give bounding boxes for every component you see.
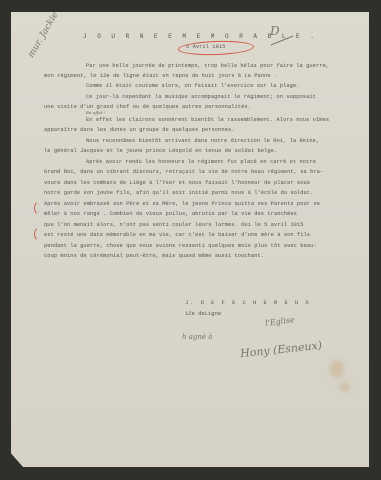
paragraph-line: que l'on menait alors, n'ont pas senti c… <box>44 222 304 228</box>
red-margin-mark <box>34 226 50 242</box>
red-margin-mark <box>34 200 50 216</box>
paragraph-line: Après avoir embrassé son Père et sa Mère… <box>44 201 320 207</box>
paragraph-line: le général Jacques et le jeune prince Lé… <box>44 148 277 154</box>
paragraph-line: mêler à nos rangs . Combien de vieux poi… <box>44 211 297 217</box>
paragraph-line: En effet les clairons sonnèrent bientôt … <box>86 117 329 123</box>
paragraph-line: Ce jour-là cependant la musique accompag… <box>86 94 316 100</box>
document-title: J O U R N E E M E M O R A B L E . <box>83 33 317 40</box>
handwritten-note-line2: h agné à <box>182 333 212 341</box>
paragraph-line: Par une belle journée de printemps, trop… <box>86 63 329 69</box>
document-page <box>11 12 369 467</box>
paragraph-line: mon régiment, le 12e de ligne était en r… <box>44 73 277 79</box>
paragraph-line: Nous reconnûmes bientôt arrivant dans no… <box>86 138 319 144</box>
signature-name: J. D E F E C H E R E U X <box>185 300 311 306</box>
stain <box>330 360 344 378</box>
paragraph-line: est resté une date mémorable en ma vie, … <box>44 232 310 238</box>
signature-unit: 12e deLigne <box>185 311 221 317</box>
stain <box>340 382 350 392</box>
paragraph-line: une visite d'un grand chef ou de quelque… <box>44 104 251 110</box>
handwritten-insert: En effet ! <box>86 110 105 115</box>
paragraph-line: Grand Roi, dans un vibrant discours, ret… <box>44 169 323 175</box>
paragraph-line: voure dans les combats de Liège à l'Yser… <box>44 180 310 186</box>
paragraph-line: Comme il était coutume alors, on faisait… <box>86 83 300 89</box>
paragraph-line: apparaître dans les dunes un groupe de q… <box>44 127 235 133</box>
paragraph-line: notre garde son jeune fils, afin qu'il s… <box>44 190 313 196</box>
paragraph-line: pendant la guerre, chose que nous avions… <box>44 243 317 249</box>
paragraph-line: coup moins de cérémonial peut-être, mais… <box>44 253 264 259</box>
paragraph-line: Après avoir rendu les honneurs le régime… <box>86 159 316 165</box>
